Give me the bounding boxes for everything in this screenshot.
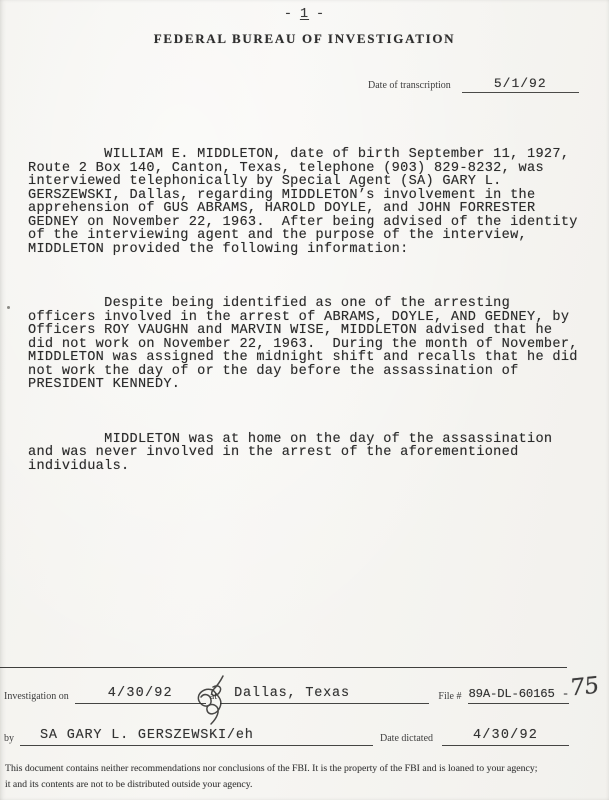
file-number-typed: 89A-DL-60165 - (468, 687, 569, 701)
page-number: -1- (0, 7, 609, 22)
document-title: FEDERAL BUREAU OF INVESTIGATION (0, 31, 609, 47)
body-paragraph-3: MIDDLETON was at home on the day of the … (28, 433, 593, 474)
body-paragraph-2: Despite being identified as one of the a… (28, 297, 593, 392)
date-dictated-value: 4/30/92 (442, 728, 569, 746)
report-body: WILLIAM E. MIDDLETON, date of birth Sept… (28, 121, 593, 514)
investigation-row: Investigation on 4/30/92 at Dallas, Texa… (4, 686, 569, 704)
form-divider-rule (0, 667, 567, 668)
scan-speck-artifact (7, 306, 10, 309)
investigation-on-label: Investigation on (4, 691, 69, 704)
investigation-location-value: Dallas, Texas (220, 686, 429, 704)
fbi-302-document-page: -1- FEDERAL BUREAU OF INVESTIGATION Date… (0, 0, 609, 800)
investigation-date-value: 4/30/92 (75, 686, 206, 704)
body-paragraph-1: WILLIAM E. MIDDLETON, date of birth Sept… (28, 148, 593, 256)
by-label: by (4, 733, 14, 746)
page-number-dash-left: - (284, 7, 293, 22)
file-number-handwritten-suffix: 75 (570, 672, 600, 701)
transcription-date-row: Date of transcription 5/1/92 (368, 76, 579, 93)
page-number-value: 1 (300, 7, 309, 22)
transcription-date-label: Date of transcription (368, 80, 451, 93)
agent-name-value: SA GARY L. GERSZEWSKI/eh (20, 728, 373, 746)
handwritten-scribble-initials (192, 674, 234, 726)
page-number-dash-right: - (316, 7, 325, 22)
transcription-date-value: 5/1/92 (462, 76, 579, 93)
agent-row: by SA GARY L. GERSZEWSKI/eh Date dictate… (4, 728, 569, 746)
file-number-label: File # (438, 691, 461, 704)
fbi-disclaimer-text: This document contains neither recommend… (5, 761, 597, 792)
file-number-value: 89A-DL-60165 - 75 (468, 687, 569, 704)
date-dictated-label: Date dictated (380, 733, 433, 746)
